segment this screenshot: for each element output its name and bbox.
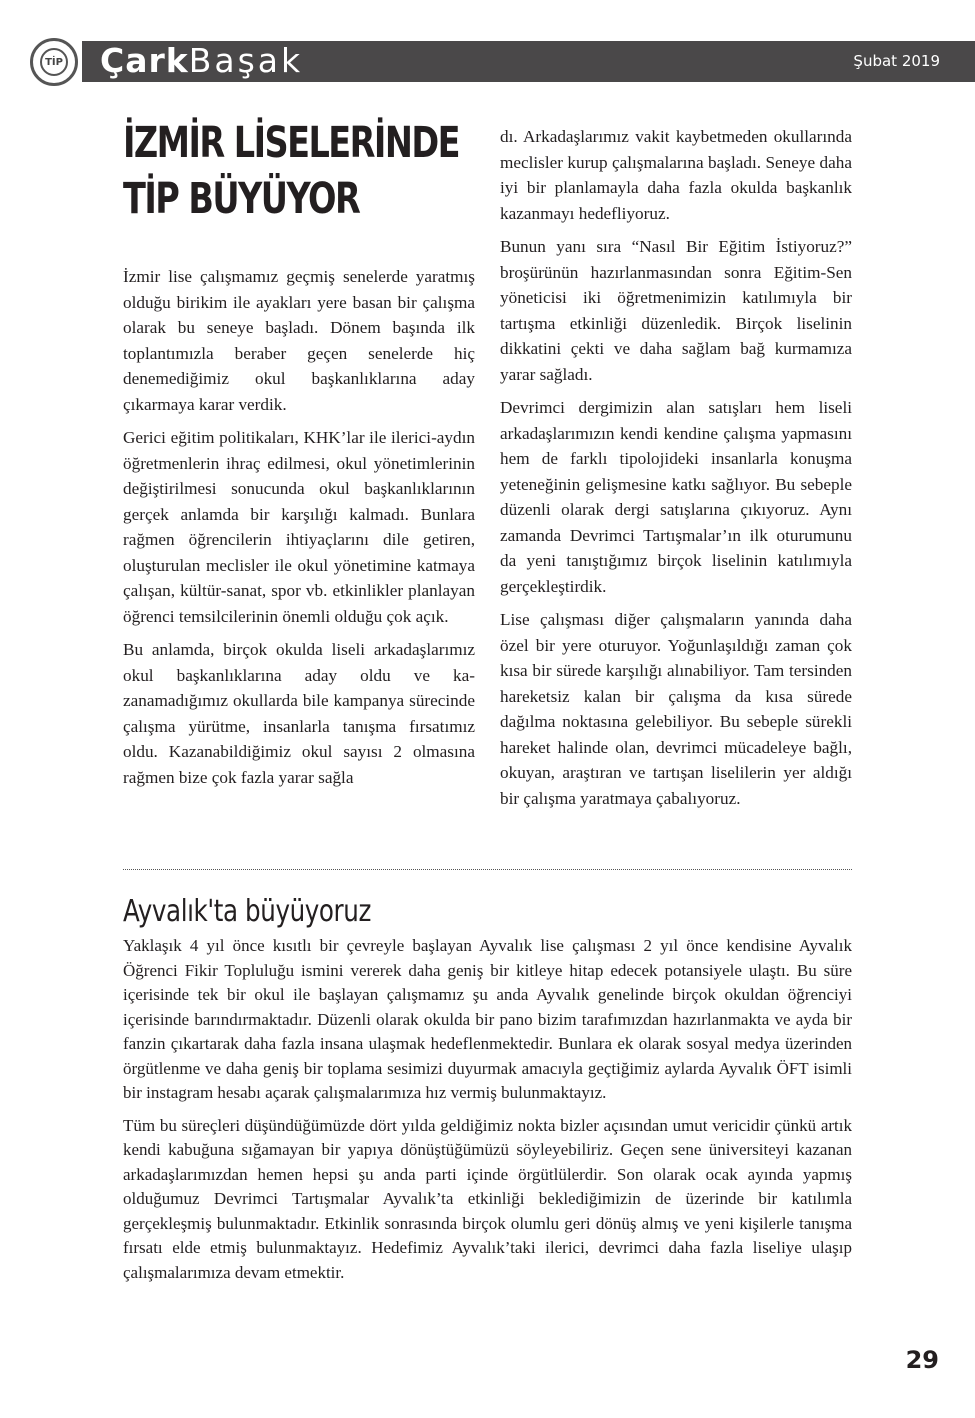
paragraph: dı. Arkadaşlarımız vakit kaybetmeden oku… bbox=[500, 124, 852, 226]
paragraph: Lise çalışması diğer çalışmaların yanınd… bbox=[500, 607, 852, 811]
paragraph: Bunun yanı sıra “Nasıl Bir Eğitim İstiyo… bbox=[500, 234, 852, 387]
paragraph: Devrimci dergimizin alan satışları hem l… bbox=[500, 395, 852, 599]
paragraph: Yaklaşık 4 yıl önce kısıtlı bir çevreyle… bbox=[123, 934, 852, 1106]
title-line-2: TİP BÜYÜYOR bbox=[123, 171, 396, 227]
tip-logo-icon: TİP bbox=[30, 38, 78, 86]
magazine-name-bold: Çark bbox=[100, 41, 189, 80]
magazine-name-light: Başak bbox=[189, 41, 303, 80]
section-body: Yaklaşık 4 yıl önce kısıtlı bir çevreyle… bbox=[123, 934, 852, 1293]
issue-date: Şubat 2019 bbox=[853, 41, 940, 82]
article-title: İZMİR LİSELERİNDE TİP BÜYÜYOR bbox=[123, 115, 396, 227]
dotted-divider bbox=[123, 869, 852, 870]
paragraph: Gerici eğitim politikaları, KHK’lar ile … bbox=[123, 425, 475, 629]
title-line-1: İZMİR LİSELERİNDE bbox=[123, 115, 396, 171]
paragraph: Bu anlamda, birçok okulda liseli arkadaş… bbox=[123, 637, 475, 790]
logo-text: TİP bbox=[40, 48, 68, 76]
right-column: dı. Arkadaşlarımız vakit kaybetmeden oku… bbox=[500, 124, 852, 819]
paragraph: Tüm bu süreçleri düşündüğümüzde dört yıl… bbox=[123, 1114, 852, 1286]
magazine-name: ÇarkBaşak bbox=[100, 40, 303, 82]
section-subheading: Ayvalık'ta büyüyoruz bbox=[123, 893, 371, 931]
paragraph: İzmir lise çalışmamız geçmiş senelerde y… bbox=[123, 264, 475, 417]
page-number: 29 bbox=[906, 1346, 939, 1374]
left-column: İzmir lise çalışmamız geçmiş senelerde y… bbox=[123, 264, 475, 798]
